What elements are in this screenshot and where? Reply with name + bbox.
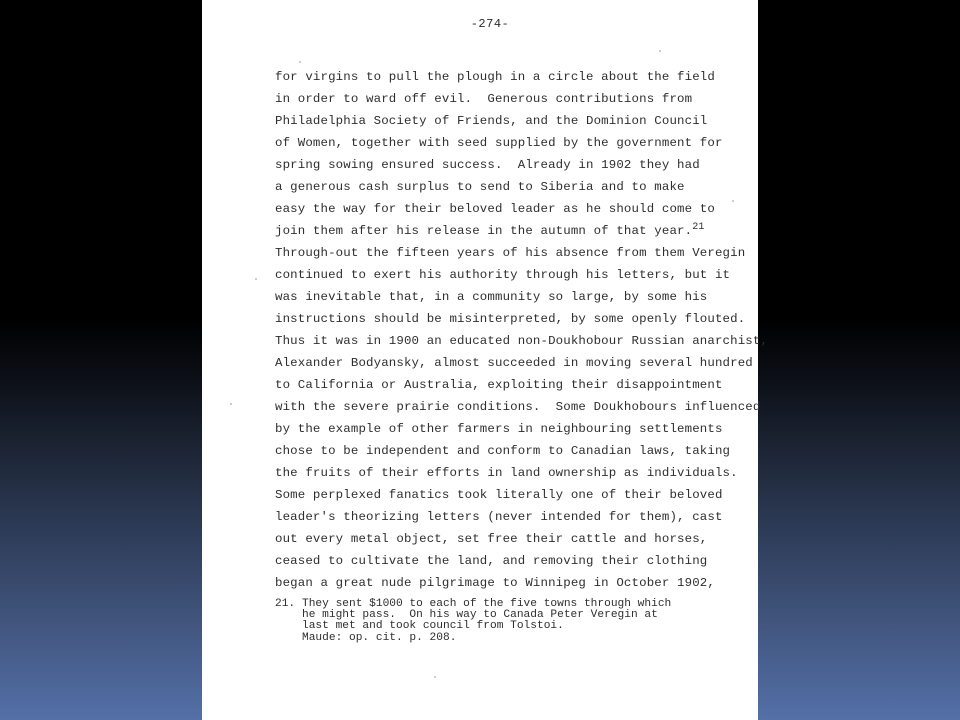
text-line: a generous cash surplus to send to Siber… — [275, 176, 745, 198]
text-line: ceased to cultivate the land, and removi… — [275, 550, 745, 572]
text-line: to California or Australia, exploiting t… — [275, 374, 745, 396]
text-line-with-footnote-ref: join them after his release in the autum… — [275, 220, 745, 242]
footnote-reference: 21 — [692, 222, 704, 233]
scan-speck — [732, 200, 734, 202]
text-line: out every metal object, set free their c… — [275, 528, 745, 550]
text-line-content: join them after his release in the autum… — [275, 224, 692, 238]
footnote: 21.They sent $1000 to each of the five t… — [275, 599, 745, 644]
text-line: was inevitable that, in a community so l… — [275, 286, 745, 308]
text-line: leader's theorizing letters (never inten… — [275, 506, 745, 528]
text-line: continued to exert his authority through… — [275, 264, 745, 286]
body-text: for virgins to pull the plough in a circ… — [275, 66, 745, 594]
text-line: in order to ward off evil. Generous cont… — [275, 88, 745, 110]
scan-speck — [230, 403, 232, 405]
document-page: -274- for virgins to pull the plough in … — [202, 0, 758, 720]
scan-speck — [659, 50, 661, 52]
footnote-line: Maude: op. cit. p. 208. — [275, 633, 745, 644]
text-line: easy the way for their beloved leader as… — [275, 198, 745, 220]
footnote-marker: 21. — [275, 599, 302, 610]
text-line: Some perplexed fanatics took literally o… — [275, 484, 745, 506]
text-line: the fruits of their efforts in land owne… — [275, 462, 745, 484]
text-line: for virgins to pull the plough in a circ… — [275, 66, 745, 88]
text-line: instructions should be misinterpreted, b… — [275, 308, 745, 330]
scan-speck — [702, 470, 704, 472]
text-line: chose to be independent and conform to C… — [275, 440, 745, 462]
text-line: Through-out the fifteen years of his abs… — [275, 242, 745, 264]
text-line: Alexander Bodyansky, almost succeeded in… — [275, 352, 745, 374]
scan-speck — [299, 61, 301, 63]
text-line: began a great nude pilgrimage to Winnipe… — [275, 572, 745, 594]
scan-speck — [255, 278, 257, 280]
footnote-text: last met and took council from Tolstoi. — [302, 620, 564, 632]
footnote-citation: Maude: op. cit. p. 208. — [302, 632, 456, 644]
text-line: spring sowing ensured success. Already i… — [275, 154, 745, 176]
footnote-text: They sent $1000 to each of the five town… — [302, 598, 671, 610]
scan-speck — [434, 676, 436, 678]
text-line: with the severe prairie conditions. Some… — [275, 396, 745, 418]
page-number: -274- — [202, 17, 758, 31]
text-line: Philadelphia Society of Friends, and the… — [275, 110, 745, 132]
text-line: of Women, together with seed supplied by… — [275, 132, 745, 154]
text-line: by the example of other farmers in neigh… — [275, 418, 745, 440]
footnote-text: he might pass. On his way to Canada Pete… — [302, 609, 658, 621]
text-line: Thus it was in 1900 an educated non-Douk… — [275, 330, 745, 352]
